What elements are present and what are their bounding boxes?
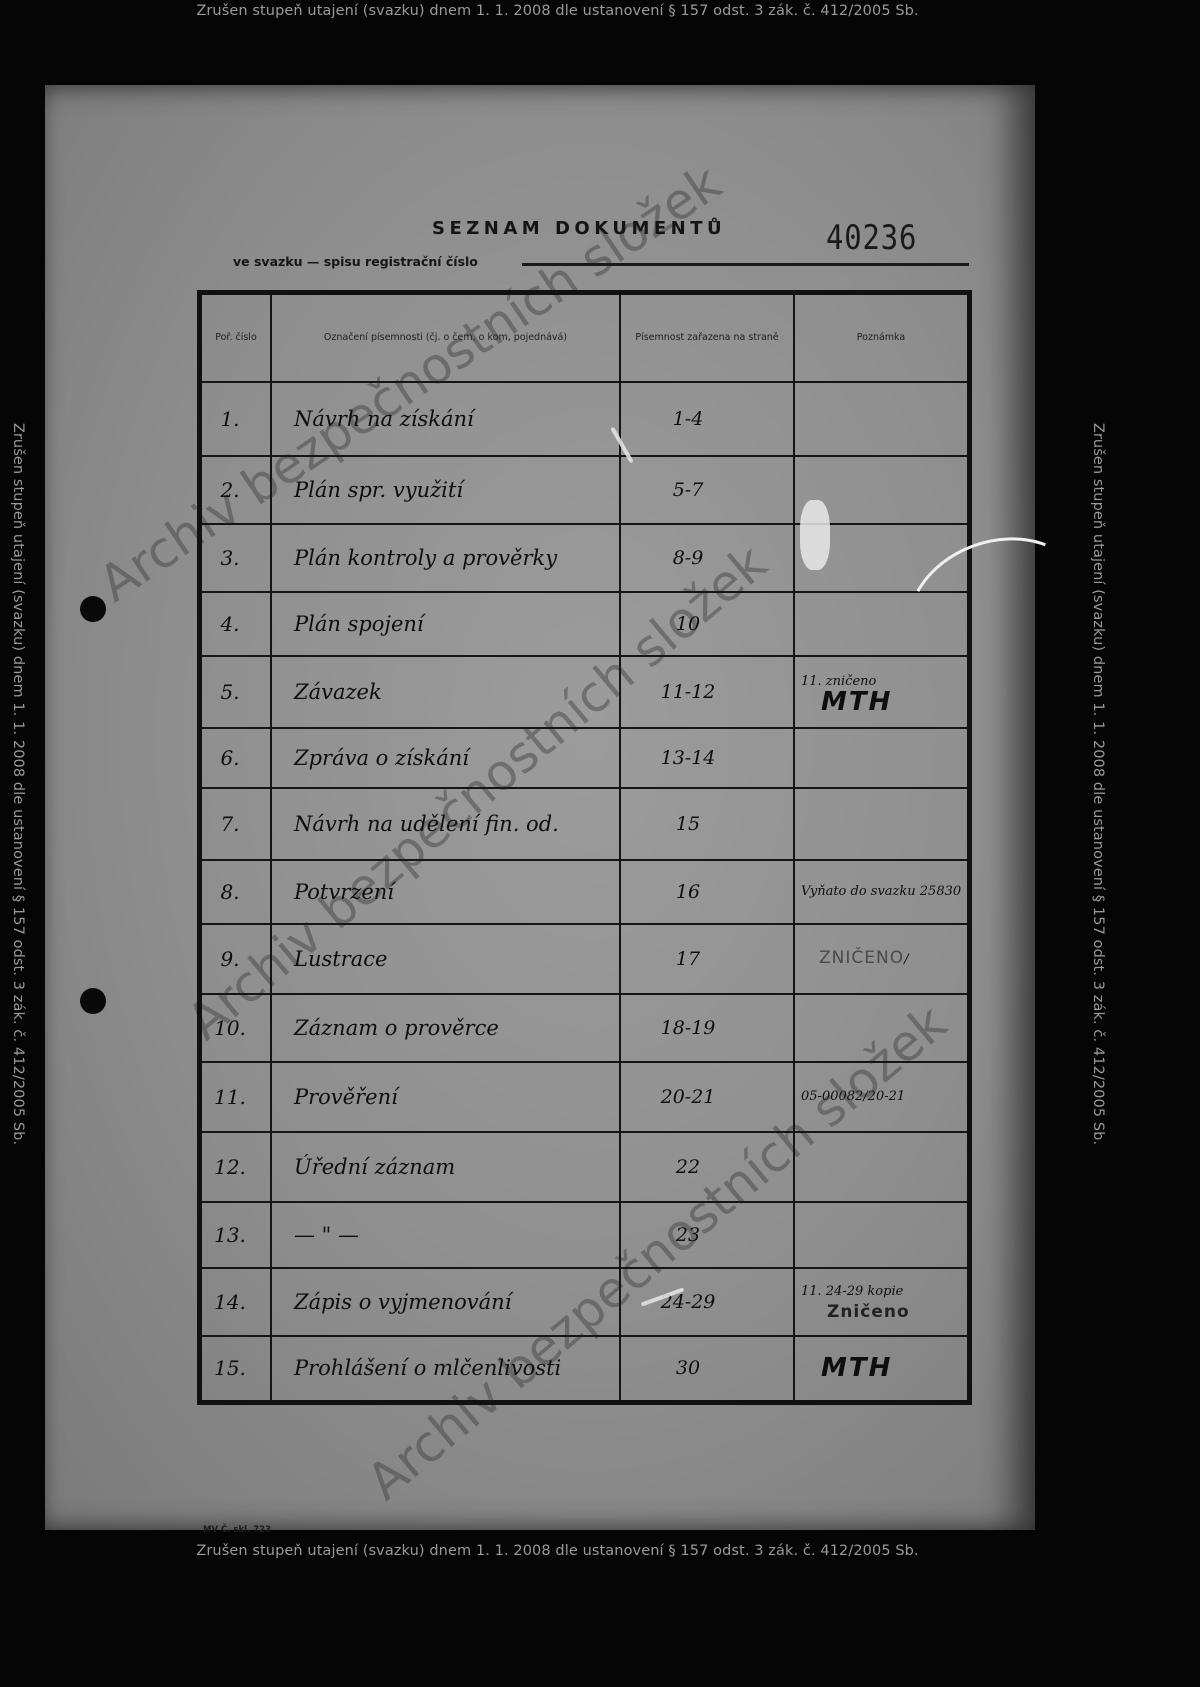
row-description: Návrh na získání (271, 382, 620, 456)
initials-mark: MTH (801, 692, 967, 712)
form-title: SEZNAM DOKUMENTŮ (432, 218, 726, 239)
table-row: 3.Plán kontroly a prověrky8-9 (200, 524, 970, 592)
row-pages: 15 (620, 788, 794, 860)
header-note: Poznámka (794, 293, 970, 383)
row-pages: 8-9 (620, 524, 794, 592)
row-pages: 11-12 (620, 656, 794, 728)
row-number: 6. (200, 728, 272, 788)
scan-blot (800, 500, 830, 570)
row-pages: 16 (620, 860, 794, 924)
row-number: 13. (200, 1202, 272, 1268)
row-number: 8. (200, 860, 272, 924)
table-row: 2.Plán spr. využití5-7 (200, 456, 970, 524)
row-number: 3. (200, 524, 272, 592)
row-note (794, 1202, 970, 1268)
row-pages: 5-7 (620, 456, 794, 524)
header-pages: Písemnost zařazena na straně (620, 293, 794, 383)
table-row: 5.Závazek11-1211. zničenoMTH (200, 656, 970, 728)
note-text: 11. 24-29 kopie (801, 1282, 967, 1302)
row-number: 2. (200, 456, 272, 524)
table-row: 10.Záznam o prověrce18-19 (200, 994, 970, 1062)
row-number: 7. (200, 788, 272, 860)
form-code: MV Č. skl. 723 (203, 1525, 271, 1535)
note-text: 05-00082/20-21 (801, 1087, 967, 1107)
row-pages: 30 (620, 1336, 794, 1402)
table-row: 4.Plán spojení10 (200, 592, 970, 656)
row-number: 11. (200, 1062, 272, 1132)
row-number: 15. (200, 1336, 272, 1402)
row-description: Plán spr. využití (271, 456, 620, 524)
table-row: 9.Lustrace17ZNIČENO/ (200, 924, 970, 994)
row-description: Závazek (271, 656, 620, 728)
row-note (794, 788, 970, 860)
row-note: 11. 24-29 kopieZničeno (794, 1268, 970, 1336)
row-note (794, 728, 970, 788)
row-pages: 18-19 (620, 994, 794, 1062)
row-description: Zápis o vyjmenování (271, 1268, 620, 1336)
row-pages: 13-14 (620, 728, 794, 788)
row-number: 1. (200, 382, 272, 456)
row-description: — " — (271, 1202, 620, 1268)
row-description: Plán kontroly a prověrky (271, 524, 620, 592)
declassification-note-top: Zrušen stupeň utajení (svazku) dnem 1. 1… (0, 3, 1115, 19)
row-pages: 20-21 (620, 1062, 794, 1132)
row-note: MTH (794, 1336, 970, 1402)
header-number: Poř. číslo (200, 293, 272, 383)
initials-mark: MTH (801, 1358, 967, 1378)
registration-underline (522, 263, 969, 266)
row-number: 4. (200, 592, 272, 656)
row-description: Záznam o prověrce (271, 994, 620, 1062)
row-pages: 22 (620, 1132, 794, 1202)
table-row: 11.Prověření20-2105-00082/20-21 (200, 1062, 970, 1132)
row-description: Prohlášení o mlčenlivosti (271, 1336, 620, 1402)
table-row: 8.Potvrzení16Vyňato do svazku 25830 (200, 860, 970, 924)
row-pages: 1-4 (620, 382, 794, 456)
row-note: ZNIČENO/ (794, 924, 970, 994)
row-number: 12. (200, 1132, 272, 1202)
table-row: 12.Úřední záznam22 (200, 1132, 970, 1202)
note-text: Vyňato do svazku 25830 (801, 882, 967, 902)
row-description: Zpráva o získání (271, 728, 620, 788)
header-description: Označení písemnosti (čj. o čem, o kom, p… (271, 293, 620, 383)
row-note (794, 382, 970, 456)
row-description: Prověření (271, 1062, 620, 1132)
table-row: 13.— " —23 (200, 1202, 970, 1268)
row-note: 05-00082/20-21 (794, 1062, 970, 1132)
row-number: 14. (200, 1268, 272, 1336)
punch-hole (80, 988, 106, 1014)
declassification-note-bottom: Zrušen stupeň utajení (svazku) dnem 1. 1… (0, 1543, 1115, 1559)
note-text: ZNIČENO (801, 948, 904, 968)
punch-hole (80, 596, 106, 622)
row-note: Vyňato do svazku 25830 (794, 860, 970, 924)
row-number: 10. (200, 994, 272, 1062)
row-description: Plán spojení (271, 592, 620, 656)
table-row: 6.Zpráva o získání13-14 (200, 728, 970, 788)
row-description: Potvrzení (271, 860, 620, 924)
row-note (794, 1132, 970, 1202)
destroyed-stamp: Zničeno (801, 1302, 967, 1322)
table-row: 7.Návrh na udělení fin. od.15 (200, 788, 970, 860)
row-description: Úřední záznam (271, 1132, 620, 1202)
row-description: Návrh na udělení fin. od. (271, 788, 620, 860)
row-number: 5. (200, 656, 272, 728)
row-description: Lustrace (271, 924, 620, 994)
registration-number: 40236 (826, 218, 917, 258)
declassification-note-right: Zrušen stupeň utajení (svazku) dnem 1. 1… (1090, 423, 1106, 1145)
row-pages: 17 (620, 924, 794, 994)
table-row: 14.Zápis o vyjmenování24-2911. 24-29 kop… (200, 1268, 970, 1336)
document-list-table: Poř. číslo Označení písemnosti (čj. o če… (197, 290, 972, 1405)
registration-label: ve svazku — spisu registrační číslo (233, 254, 478, 269)
table-row: 15.Prohlášení o mlčenlivosti30MTH (200, 1336, 970, 1402)
row-note (794, 994, 970, 1062)
table-header-row: Poř. číslo Označení písemnosti (čj. o če… (200, 293, 970, 383)
table-row: 1.Návrh na získání1-4 (200, 382, 970, 456)
row-pages: 10 (620, 592, 794, 656)
row-pages: 23 (620, 1202, 794, 1268)
initials-mark: / (904, 952, 908, 967)
declassification-note-left: Zrušen stupeň utajení (svazku) dnem 1. 1… (10, 423, 26, 1145)
row-number: 9. (200, 924, 272, 994)
